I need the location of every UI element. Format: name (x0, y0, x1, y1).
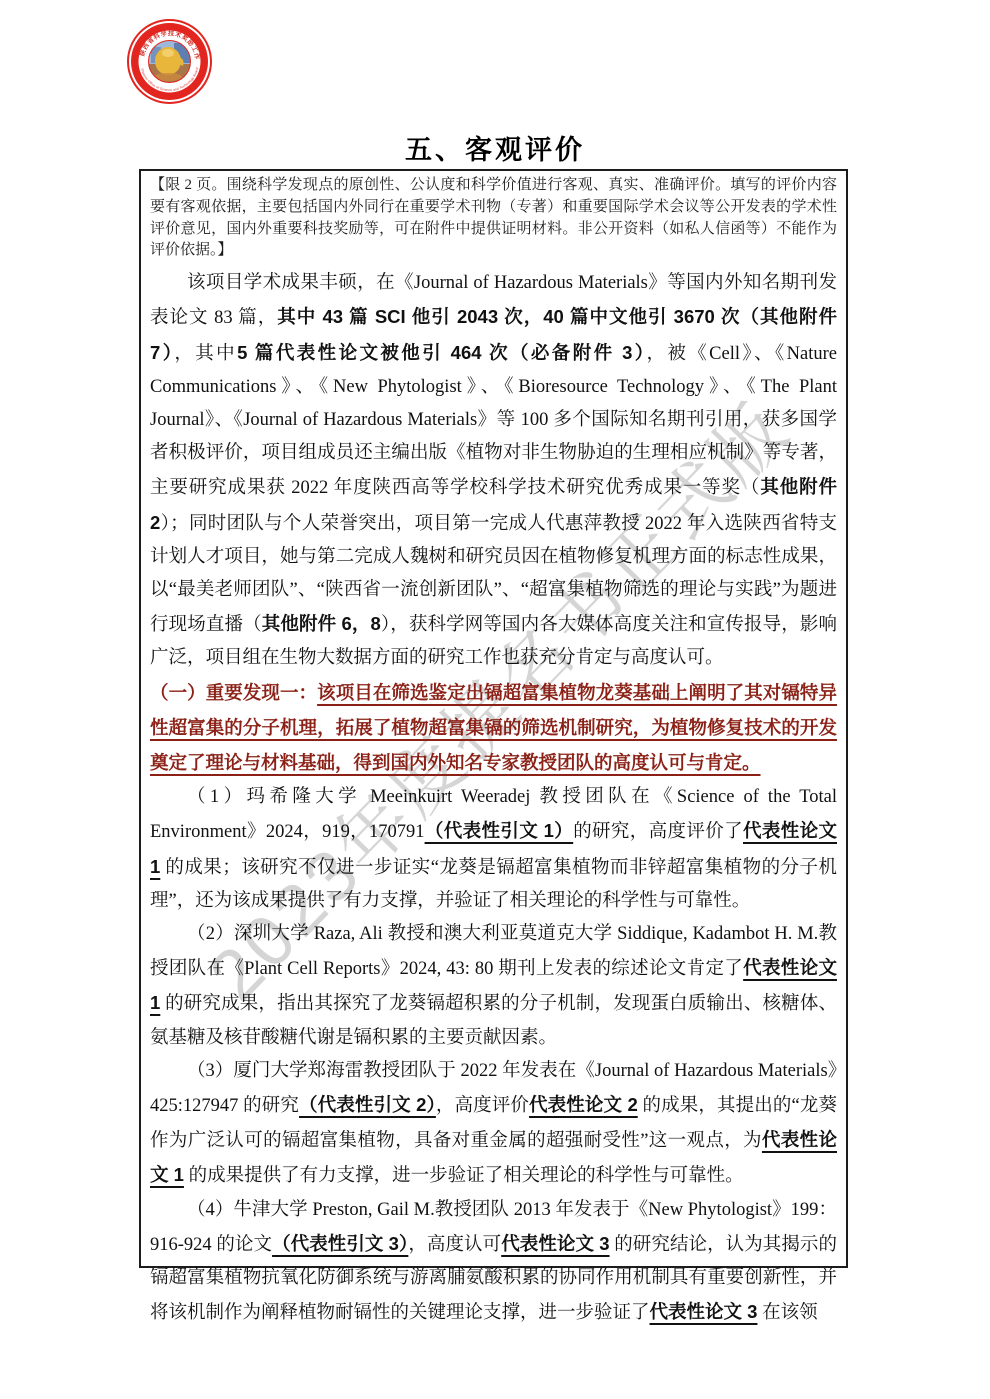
text-run: ，高度认可 (408, 1235, 501, 1255)
body-paragraph: 该项目学术成果丰硕，在《Journal of Hazardous Materia… (150, 267, 837, 675)
text-run: 代表性论文 2 (529, 1094, 638, 1115)
instruction-notice: 【限 2 页。围绕科学发现点的原创性、公认度和科学价值进行客观、真实、准确评价。… (150, 175, 837, 262)
text-run: （代表性引文 3） (272, 1233, 408, 1254)
text-run: 的研究成果，指出其探究了龙葵镉超积累的分子机制，发现蛋白质输出、核糖体、氨基糖及… (150, 994, 837, 1047)
text-run: 的成果；该研究不仅进一步证实“龙葵是镉超富集植物而非锌超富集植物的分子机理”，还… (150, 858, 837, 911)
text-run: （2）深圳大学 Raza, Ali 教授和澳大利亚莫道克大学 Siddique,… (150, 924, 837, 979)
seal-icon: 陕西省科学技术奖励工作办公室 Shaanxi Office of Science… (127, 19, 212, 104)
office-seal-logo: 陕西省科学技术奖励工作办公室 Shaanxi Office of Science… (127, 19, 212, 104)
page-title: 五、客观评价 (139, 128, 851, 167)
document-page: 2023年度提名书正式版 陕西省科学 (0, 0, 990, 1399)
text-run: （代表性引文 1） (425, 820, 574, 841)
text-run: （代表性引文 2） (299, 1094, 436, 1115)
text-run: 其他附件 6，8 (262, 613, 381, 634)
text-run: 在该领 (757, 1303, 817, 1323)
key-finding-heading: （一）重要发现一：该项目在筛选鉴定出镉超富集植物龙葵基础上阐明了其对镉特异性超富… (150, 676, 837, 782)
text-run: ，被《Cell》、《Nature Communications》、《New Ph… (150, 344, 837, 499)
text-run: ，高度评价 (436, 1096, 529, 1116)
text-run: 5 篇代表性论文被他引 464 次（必备附件 3） (237, 342, 646, 363)
text-run: 的研究，高度评价了 (573, 822, 743, 842)
text-run: 代表性论文 3 (501, 1233, 609, 1254)
text-run: （一）重要发现一： (150, 682, 317, 703)
text-run: 的成果提供了有力支撑，进一步验证了相关理论的科学性与可靠性。 (184, 1166, 744, 1186)
body-paragraph: （1）玛希隆大学 Meeinkuirt Weeradej 教授团队在《Scien… (150, 781, 837, 918)
body-paragraph: （2）深圳大学 Raza, Ali 教授和澳大利亚莫道克大学 Siddique,… (150, 918, 837, 1055)
body-paragraph: （4）牛津大学 Preston, Gail M.教授团队 2013 年发表于《N… (150, 1194, 837, 1331)
text-run: ，其中 (174, 344, 237, 364)
evaluation-box: 【限 2 页。围绕科学发现点的原创性、公认度和科学价值进行客观、真实、准确评价。… (139, 169, 848, 1268)
evaluation-body: 该项目学术成果丰硕，在《Journal of Hazardous Materia… (150, 267, 837, 1330)
body-paragraph: （3）厦门大学郑海雷教授团队于 2022 年发表在《Journal of Haz… (150, 1055, 837, 1194)
text-run: 代表性论文 3 (650, 1301, 758, 1322)
